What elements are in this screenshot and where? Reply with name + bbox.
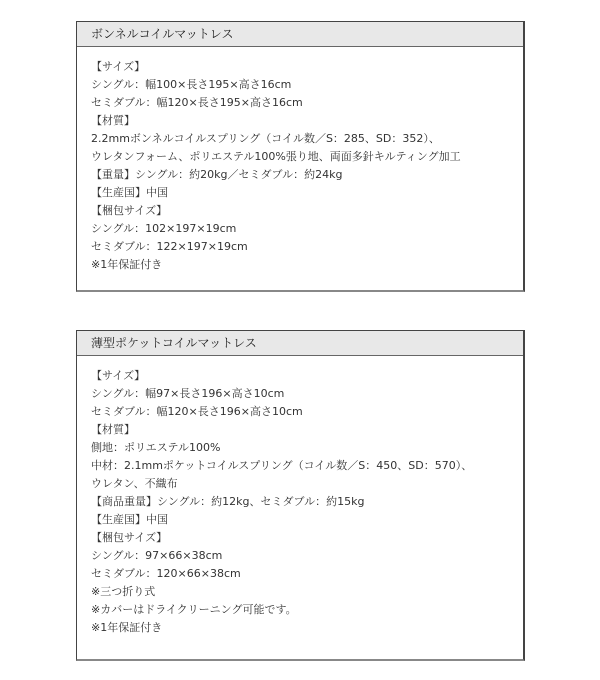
spec-line: 【梱包サイズ】 xyxy=(91,202,509,220)
spec-title: 薄型ポケットコイルマットレス xyxy=(77,331,523,356)
spec-line: ウレタンフォーム、ポリエステル100%張り地、両面多針キルティング加工 xyxy=(91,148,509,166)
spec-line: ※三つ折り式 xyxy=(91,583,509,601)
spec-line: セミダブル：122×197×19cm xyxy=(91,238,509,256)
spec-line: シングル：幅97×長さ196×高さ10cm xyxy=(91,385,509,403)
spec-line: セミダブル：幅120×長さ196×高さ10cm xyxy=(91,403,509,421)
spec-line: 中材：2.1mmポケットコイルスプリング（コイル数／S：450、SD：570）、 xyxy=(91,457,509,475)
spec-line: ※1年保証付き xyxy=(91,256,509,274)
spec-line: 【サイズ】 xyxy=(91,58,509,76)
spec-body: 【サイズ】 シングル：幅97×長さ196×高さ10cm セミダブル：幅120×長… xyxy=(77,356,523,637)
spec-line: シングル：97×66×38cm xyxy=(91,547,509,565)
spec-line: 【商品重量】シングル：約12kg、セミダブル：約15kg xyxy=(91,493,509,511)
spec-line: 2.2mmボンネルコイルスプリング（コイル数／S：285、SD：352）、 xyxy=(91,130,509,148)
spec-line: ※1年保証付き xyxy=(91,619,509,637)
spec-line: 【生産国】中国 xyxy=(91,184,509,202)
spec-line: セミダブル：120×66×38cm xyxy=(91,565,509,583)
spec-body: 【サイズ】 シングル：幅100×長さ195×高さ16cm セミダブル：幅120×… xyxy=(77,47,523,274)
spec-line: ウレタン、不織布 xyxy=(91,475,509,493)
spec-line: ※カバーはドライクリーニング可能です。 xyxy=(91,601,509,619)
spec-line: 【重量】シングル：約20kg／セミダブル：約24kg xyxy=(91,166,509,184)
spec-line: 【材質】 xyxy=(91,112,509,130)
spec-line: シングル：幅100×長さ195×高さ16cm xyxy=(91,76,509,94)
spec-title: ボンネルコイルマットレス xyxy=(77,22,523,47)
spec-line: セミダブル：幅120×長さ195×高さ16cm xyxy=(91,94,509,112)
spec-box-bonnell-coil: ボンネルコイルマットレス 【サイズ】 シングル：幅100×長さ195×高さ16c… xyxy=(76,21,525,292)
spec-line: 【サイズ】 xyxy=(91,367,509,385)
spec-line: 【生産国】中国 xyxy=(91,511,509,529)
spec-line: 【梱包サイズ】 xyxy=(91,529,509,547)
spec-line: 【材質】 xyxy=(91,421,509,439)
spec-line: シングル：102×197×19cm xyxy=(91,220,509,238)
spec-box-thin-pocket-coil: 薄型ポケットコイルマットレス 【サイズ】 シングル：幅97×長さ196×高さ10… xyxy=(76,330,525,661)
spec-line: 側地：ポリエステル100% xyxy=(91,439,509,457)
